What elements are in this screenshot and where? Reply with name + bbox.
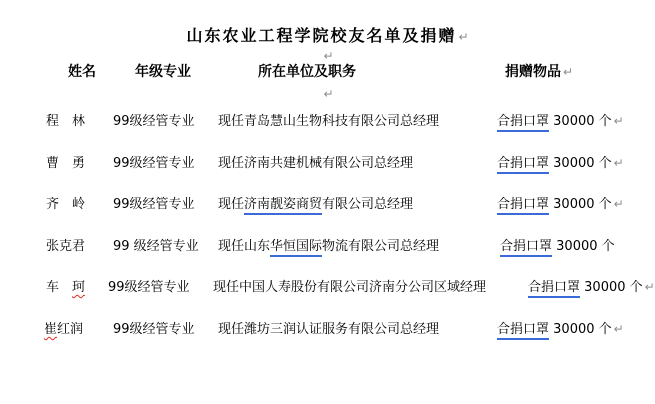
grammar-marked-text: 合捐口罩 [497, 156, 549, 174]
cell-grade: 99 级经管专业 [113, 235, 199, 254]
cell-donation: 合捐口罩 30000 个 [500, 235, 617, 254]
cell-donation: 合捐口罩 30000 个↵ [497, 193, 624, 212]
table-header-row: 姓名 年级专业 所在单位及职务 捐赠物品↵ [0, 61, 655, 80]
paragraph-mark-icon: ↵ [645, 280, 655, 294]
document-page[interactable]: 山东农业工程学院校友名单及捐赠↵ ↵ 姓名 年级专业 所在单位及职务 捐赠物品↵… [0, 0, 655, 404]
cell-name: 曹 勇 [46, 152, 85, 171]
cell-unit: 现任青岛慧山生物科技有限公司总经理 [218, 110, 439, 129]
cell-grade: 99级经管专业 [113, 152, 195, 171]
paragraph-mark-icon: ↵ [614, 197, 624, 211]
cell-donation: 合捐口罩 30000 个↵ [528, 276, 655, 295]
grammar-marked-text: 合捐口罩 [528, 280, 580, 298]
cell-grade: 99级经管专业 [113, 318, 195, 337]
cell-name: 张克君 [46, 235, 85, 254]
table-row: 程 林 99级经管专业 现任青岛慧山生物科技有限公司总经理 合捐口罩 30000… [0, 110, 655, 129]
paragraph-mark-icon: ↵ [614, 322, 624, 336]
paragraph-mark-icon: ↵ [458, 30, 468, 44]
table-row: 崔红润 99级经管专业 现任潍坊三润认证服务有限公司总经理 合捐口罩 30000… [0, 318, 655, 337]
cell-unit: 现任济南共建机械有限公司总经理 [218, 152, 413, 171]
grammar-marked-text: 合捐口罩 [497, 197, 549, 215]
paragraph-mark-icon: ↵ [614, 156, 624, 170]
cell-grade: 99级经管专业 [113, 110, 195, 129]
paragraph-mark-icon: ↵ [614, 114, 624, 128]
cell-unit: 现任山东华恒国际物流有限公司总经理 [218, 235, 439, 254]
page-title: 山东农业工程学院校友名单及捐赠 [186, 26, 456, 45]
empty-line: ↵ [0, 83, 655, 102]
paragraph-mark-icon: ↵ [563, 65, 573, 79]
table-row: 张克君 99 级经管专业 现任山东华恒国际物流有限公司总经理 合捐口罩 3000… [0, 235, 655, 254]
cell-name: 崔红润 [44, 318, 83, 337]
col-header-unit: 所在单位及职务 [258, 61, 356, 81]
grammar-marked-text: 合捐口罩 [497, 322, 549, 340]
table-row: 曹 勇 99级经管专业 现任济南共建机械有限公司总经理 合捐口罩 30000 个… [0, 152, 655, 171]
cell-name: 程 林 [46, 110, 85, 129]
col-header-grade: 年级专业 [135, 61, 191, 81]
cell-unit: 现任潍坊三润认证服务有限公司总经理 [218, 318, 439, 337]
cell-grade: 99级经管专业 [108, 276, 190, 295]
cell-unit: 现任济南靓姿商贸有限公司总经理 [218, 193, 413, 212]
cell-name: 齐 岭 [46, 193, 85, 212]
spellcheck-marked-text: 珂 [72, 280, 85, 295]
col-header-name: 姓名 [68, 61, 96, 81]
grammar-marked-text: 合捐口罩 [497, 114, 549, 132]
paragraph-mark-icon: ↵ [323, 87, 333, 101]
cell-name: 车 珂 [46, 276, 85, 295]
table-row: 齐 岭 99级经管专业 现任济南靓姿商贸有限公司总经理 合捐口罩 30000 个… [0, 193, 655, 212]
cell-donation: 合捐口罩 30000 个↵ [497, 152, 624, 171]
cell-grade: 99级经管专业 [113, 193, 195, 212]
col-header-donation: 捐赠物品↵ [505, 61, 573, 81]
col-header-donation-label: 捐赠物品 [505, 64, 561, 80]
table-row: 车 珂 99级经管专业 现任中国人寿股份有限公司济南分公司区域经理 合捐口罩 3… [0, 276, 655, 295]
grammar-marked-text: 济南靓姿商贸 [244, 197, 322, 215]
grammar-marked-text: 华恒国际 [270, 239, 322, 257]
title-line: 山东农业工程学院校友名单及捐赠↵ [0, 23, 655, 46]
spellcheck-marked-text: 崔 [44, 322, 57, 337]
cell-donation: 合捐口罩 30000 个↵ [497, 110, 624, 129]
cell-unit: 现任中国人寿股份有限公司济南分公司区域经理 [213, 276, 486, 295]
grammar-marked-text: 合捐口罩 [500, 239, 552, 257]
cell-donation: 合捐口罩 30000 个↵ [497, 318, 624, 337]
